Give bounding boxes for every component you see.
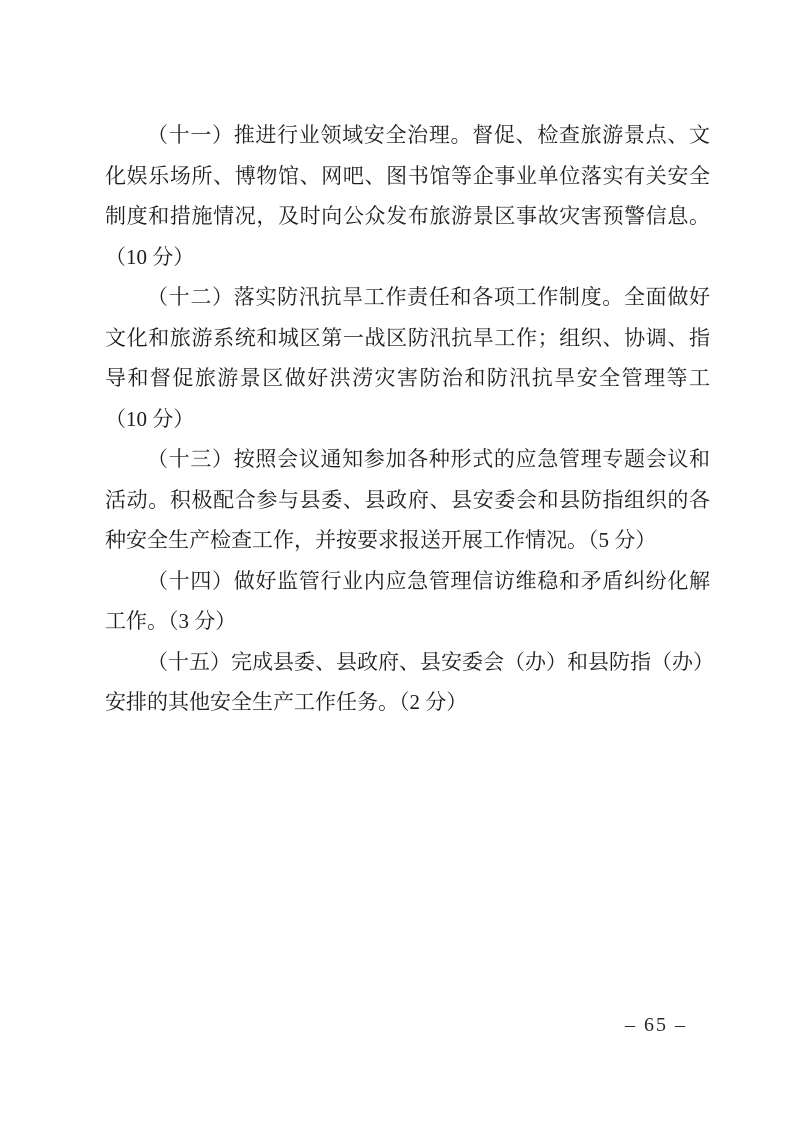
- text-line: （十五）完成县委、县政府、县安委会（办）和县防指（办）: [105, 642, 710, 683]
- paragraph-item-13: （十三）按照会议通知参加各种形式的应急管理专题会议和 活动。积极配合参与县委、县…: [105, 439, 710, 561]
- paragraph-item-12: （十二）落实防汛抗旱工作责任和各项工作制度。全面做好 文化和旅游系统和城区第一战…: [105, 277, 710, 439]
- paragraph-item-11: （十一）推进行业领域安全治理。督促、检查旅游景点、文 化娱乐场所、博物馆、网吧、…: [105, 115, 710, 277]
- paragraph-item-15: （十五）完成县委、县政府、县安委会（办）和县防指（办） 安排的其他安全生产工作任…: [105, 642, 710, 723]
- text-line: 活动。积极配合参与县委、县政府、县安委会和县防指组织的各: [105, 480, 710, 521]
- text-line: 安排的其他安全生产工作任务。（2 分）: [105, 682, 710, 723]
- text-line: （10 分）: [105, 399, 710, 440]
- text-line: 工作。（3 分）: [105, 601, 710, 642]
- text-line: （十四）做好监管行业内应急管理信访维稳和矛盾纠纷化解: [105, 561, 710, 602]
- text-line: 化娱乐场所、博物馆、网吧、图书馆等企事业单位落实有关安全: [105, 156, 710, 197]
- document-body: （十一）推进行业领域安全治理。督促、检查旅游景点、文 化娱乐场所、博物馆、网吧、…: [105, 115, 710, 723]
- paragraph-item-14: （十四）做好监管行业内应急管理信访维稳和矛盾纠纷化解 工作。（3 分）: [105, 561, 710, 642]
- text-line: （十三）按照会议通知参加各种形式的应急管理专题会议和: [105, 439, 710, 480]
- page-number: – 65 –: [600, 1010, 712, 1040]
- text-line: （十一）推进行业领域安全治理。督促、检查旅游景点、文: [105, 115, 710, 156]
- text-line: 导和督促旅游景区做好洪涝灾害防治和防汛抗旱安全管理等工作。: [105, 358, 710, 399]
- text-line: （十二）落实防汛抗旱工作责任和各项工作制度。全面做好: [105, 277, 710, 318]
- text-line: 种安全生产检查工作，并按要求报送开展工作情况。（5 分）: [105, 520, 710, 561]
- text-line: 文化和旅游系统和城区第一战区防汛抗旱工作；组织、协调、指: [105, 318, 710, 359]
- text-line: 制度和措施情况，及时向公众发布旅游景区事故灾害预警信息。: [105, 196, 710, 237]
- document-page: （十一）推进行业领域安全治理。督促、检查旅游景点、文 化娱乐场所、博物馆、网吧、…: [0, 0, 793, 1122]
- text-line: （10 分）: [105, 237, 710, 278]
